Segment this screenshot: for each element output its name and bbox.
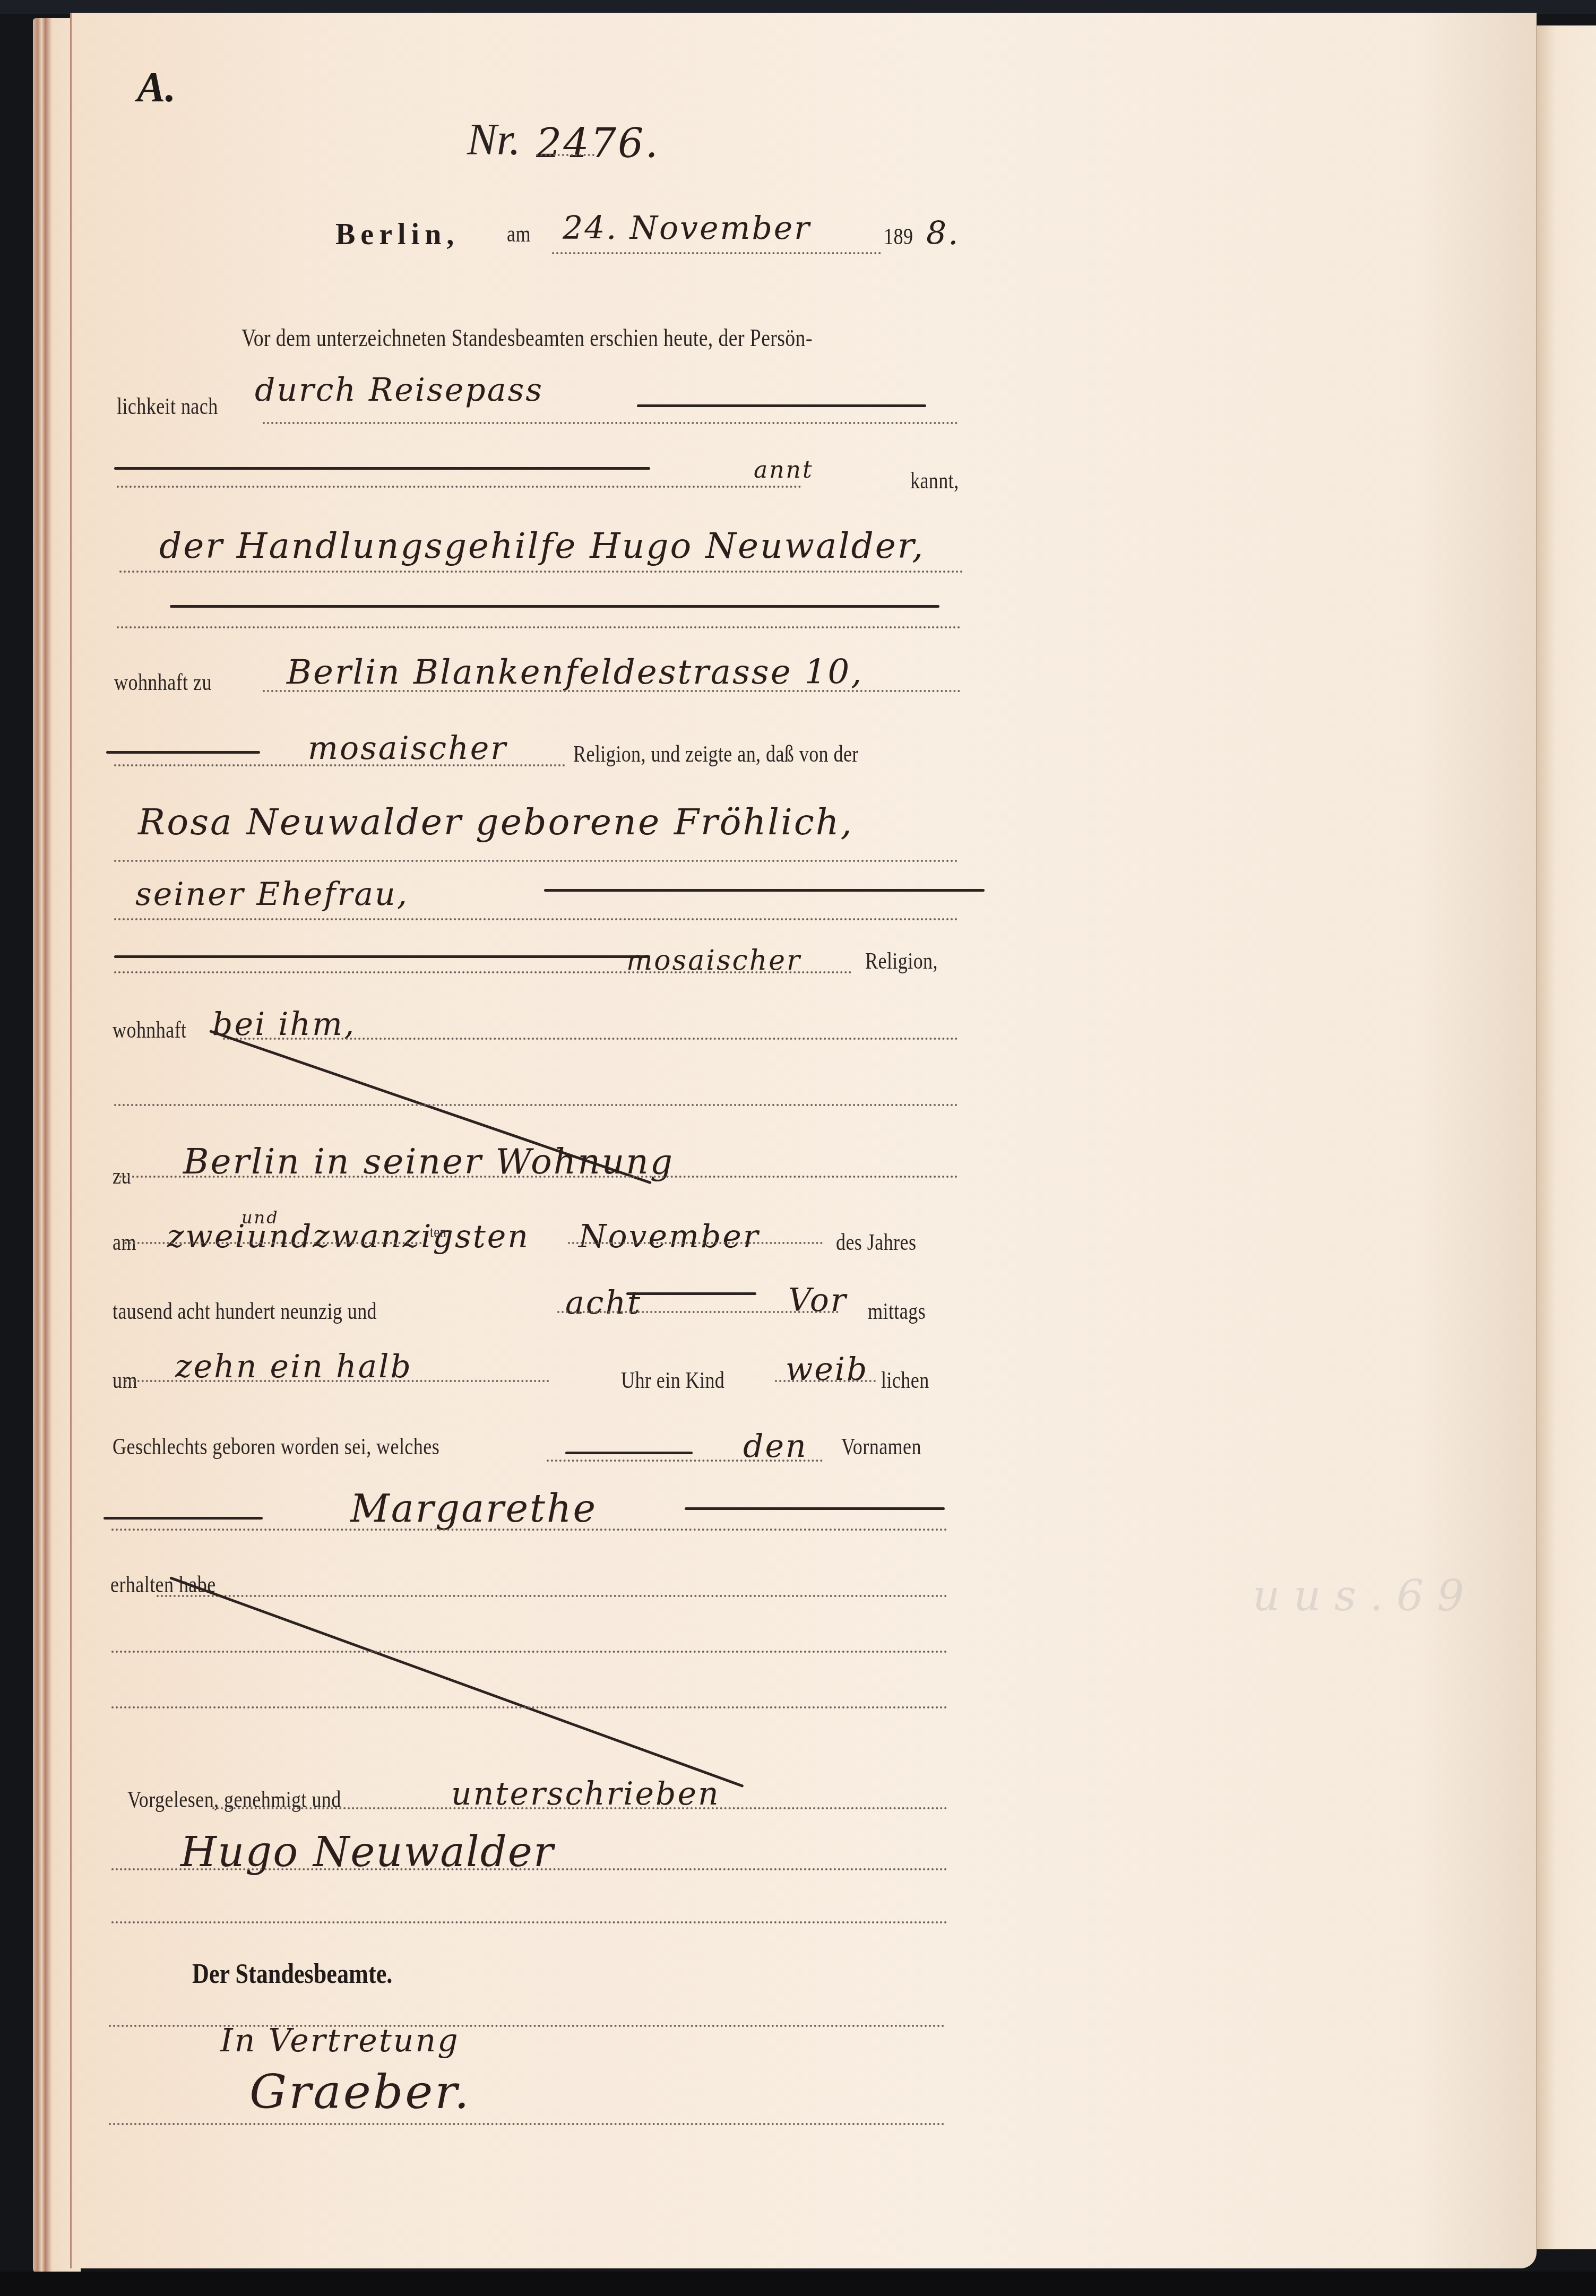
dotted-line-5 [117,626,961,628]
fill-stroke-den [565,1452,693,1454]
fill-stroke-4 [170,605,939,608]
fill-stroke-2 [637,404,926,407]
annt-hand: annt [754,456,814,484]
dotted-line-4 [119,571,963,573]
form-lichkeit-nach: lichkeit nach [117,393,218,420]
dotted-line-20 [111,1651,947,1653]
fill-stroke-name-right [685,1507,945,1510]
mittags-label: mittags [868,1298,926,1325]
scan-background-top [0,0,1596,14]
dotted-line-21 [111,1706,947,1708]
next-page-edge [1535,25,1596,2249]
geschlechts-printed: Geschlechts geboren worden sei, welches [113,1433,439,1460]
ten-label: ten [430,1223,446,1241]
registrar-in-vertretung: In Vertretung [220,2022,460,2059]
bleed-through-mark: u u s . 6 9 [1253,1571,1464,1620]
fill-stroke-religion-2 [114,955,650,958]
dotted-line-12 [114,1104,958,1106]
year-prefix: 189 [884,223,913,250]
lichen-label: lichen [881,1367,929,1394]
identification-method: durch Reisepass [255,372,543,409]
dotted-line-22 [212,1807,947,1809]
date-dotted-line [552,252,881,254]
erhalten-habe-label: erhalten habe [110,1571,216,1598]
year-text-hand: acht [565,1284,642,1322]
scan-background-bottom [0,2272,1596,2296]
dotted-line-19 [157,1595,947,1597]
dotted-line-10 [114,971,852,973]
dotted-line-23 [111,1868,947,1870]
year-text-printed: tausend acht hundert neunzig und [113,1298,377,1325]
informant-religion: mosaischer [308,730,507,767]
kannt-label: kannt, [910,467,959,494]
series-letter: A. [137,64,176,112]
child-first-name: Margarethe [350,1486,597,1531]
wohnhaft-label: wohnhaft [113,1016,187,1043]
religion-printed-2: Religion, [865,947,938,974]
birth-day: zweiundzwanzigsten [167,1218,530,1255]
informant-address: Berlin Blankenfeldestrasse 10, [287,653,864,692]
fill-stroke-religion-1 [106,751,260,754]
fill-stroke-year [626,1292,756,1295]
dotted-line-2 [263,422,958,424]
registrar-title: Der Standesbeamte. [192,1958,392,1990]
informant-occupation-name: der Handlungsgehilfe Hugo Neuwalder, [159,525,925,566]
register-number-label: Nr. [467,114,520,166]
fill-stroke-relation [544,889,985,892]
vornamen-label: Vornamen [841,1433,921,1460]
dotted-line-16a [125,1380,549,1382]
religion-printed-1: Religion, und zeigte an, daß von der [573,740,859,767]
place-berlin: Berlin, [335,218,459,252]
dotted-line-24 [111,1921,947,1923]
fill-stroke-3 [114,467,650,470]
fill-stroke-name-left [103,1517,263,1520]
register-number: 2476. [536,119,660,167]
uhr-ein-kind-label: Uhr ein Kind [621,1367,724,1394]
register-number-dotted-line [536,154,594,156]
dotted-line-14a [125,1242,422,1244]
form-line-intro: Vor dem unterzeichneten Standesbeamten e… [241,324,813,352]
dotted-line-14b [568,1242,823,1244]
registrar-signature: Graeber. [249,2065,471,2119]
dotted-line-6 [263,690,961,692]
dotted-line-16b [775,1380,876,1382]
mother-name: Rosa Neuwalder geborene Fröhlich, [138,801,853,843]
registration-date: 24. November [563,210,811,247]
den-hand: den [743,1428,808,1465]
dotted-line-9 [114,918,958,920]
birth-month: November [579,1218,760,1255]
dotted-line-18 [111,1529,947,1531]
des-jahres-label: des Jahres [836,1229,916,1256]
dotted-line-7 [114,764,565,766]
dotted-line-11 [223,1038,958,1040]
dotted-line-25 [109,2025,945,2027]
dotted-line-3 [117,486,801,488]
dotted-line-26 [109,2123,945,2125]
vor-mittags-hand: Vor [788,1282,848,1319]
year-digit: 8. [926,215,960,252]
birth-day-insertion: und [241,1207,279,1228]
wohnhaft-zu-label: wohnhaft zu [114,669,212,696]
dotted-line-13 [119,1176,958,1178]
dotted-line-8 [114,860,958,862]
am-label: am [507,220,531,247]
mother-relation: seiner Ehefrau, [135,876,409,913]
child-sex: weib [786,1351,868,1388]
